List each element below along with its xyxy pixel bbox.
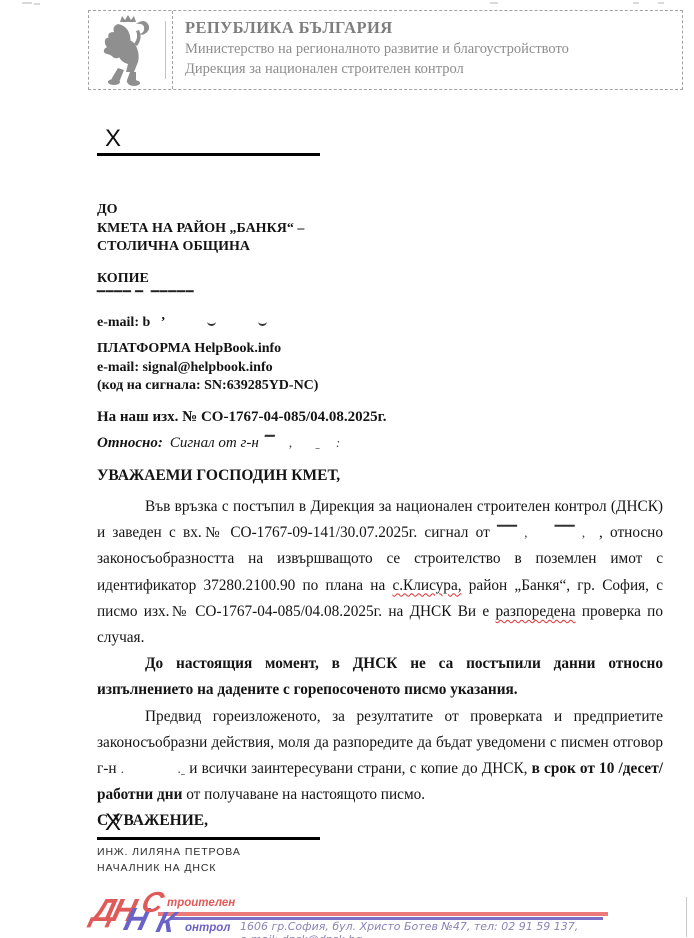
subject-text: Сигнал от г-н	[170, 435, 259, 451]
text-run: и всички заинтересувани страни, с копие …	[185, 760, 532, 777]
bulgarian-lion-icon	[95, 14, 157, 86]
scan-artifact	[633, 2, 639, 4]
copy-email-line: e-mail: b ’	[97, 314, 267, 333]
scan-artifact	[490, 2, 498, 4]
recipient-line: СТОЛИЧНА ОБЩИНА	[97, 238, 304, 257]
redacted-email-mark	[258, 319, 267, 326]
signature-field-top[interactable]: X	[97, 126, 320, 156]
copy-block: КОПИЕ ▔▔▔▔ ▔ ▔▔▔▔▔ e-mail: b ’	[97, 270, 267, 333]
logo-word-kontrol: онтрол	[185, 923, 230, 935]
salutation: УВАЖАЕМИ ГОСПОДИН КМЕТ,	[97, 467, 663, 485]
redacted-text: ▔▔ ‚ ▔▔ ‚	[497, 525, 599, 540]
text-run: e-mail: b	[97, 315, 150, 330]
misspelled-word: разпоредена	[495, 603, 575, 620]
platform-signal-code: (код на сигнала: SN:639285YD-NC)	[97, 377, 318, 396]
text-run: от получаване на настоящото писмо.	[182, 786, 425, 803]
signature-x-mark: X	[97, 126, 121, 153]
letterhead-directorate: Дирекция за национален строителен контро…	[185, 61, 569, 78]
misspelled-word: с.Клисура,	[392, 577, 461, 594]
redacted-text: ▔ ‚ ˍ :	[259, 435, 341, 450]
recipient-line: КМЕТА НА РАЙОН „БАНКЯ“ –	[97, 220, 304, 239]
document-page: РЕПУБЛИКА БЪЛГАРИЯ Министерство на регио…	[0, 0, 694, 938]
body-paragraph-2: До настоящия момент, в ДНСК не са постъп…	[97, 651, 663, 703]
signer-title: НАЧАЛНИК НА ДНСК	[97, 862, 320, 874]
copy-label: КОПИЕ	[97, 270, 267, 289]
footer-address: 1606 гр.София, бул. Христо Ботев №47, те…	[240, 920, 580, 938]
subject-label: Относно:	[97, 435, 163, 451]
redacted-email-mark	[207, 319, 216, 326]
signer-name: ИНЖ. ЛИЛЯНА ПЕТРОВА	[97, 846, 320, 858]
coat-of-arms	[89, 11, 173, 89]
redacted-email-apostrophe: ’	[150, 315, 165, 330]
reference-line: На наш изх. № СО-1767-04-085/04.08.2025г…	[97, 409, 387, 426]
signature-block: X ИНЖ. ЛИЛЯНА ПЕТРОВА НАЧАЛНИК НА ДНСК	[97, 810, 320, 874]
signature-x-mark: X	[97, 810, 121, 837]
scan-artifact	[658, 2, 664, 4]
emblem-divider	[165, 21, 166, 79]
letter-body: УВАЖАЕМИ ГОСПОДИН КМЕТ, Във връзка с пос…	[97, 467, 663, 835]
letterhead-ministry: Министерство на регионалното развитие и …	[185, 41, 569, 58]
letterhead-country: РЕПУБЛИКА БЪЛГАРИЯ	[185, 18, 569, 38]
scan-artifact	[22, 2, 32, 4]
body-paragraph-1: Във връзка с постъпил в Дирекция за наци…	[97, 494, 663, 651]
body-paragraph-3: Предвид гореизложеното, за резултатите о…	[97, 704, 663, 809]
redacted-name-marks: ▔▔▔▔ ▔ ▔▔▔▔▔	[97, 289, 267, 308]
signature-field-bottom[interactable]: X	[97, 810, 320, 840]
platform-email: e-mail: signal@helpbook.info	[97, 359, 318, 378]
page-edge-line	[686, 897, 687, 937]
subject-line: Относно:Сигнал от г-н ▔ ‚ ˍ :	[97, 435, 340, 452]
platform-name: ПЛАТФОРМА HelpBook.info	[97, 340, 318, 359]
scan-artifact	[34, 3, 40, 5]
recipient-line: ДО	[97, 201, 304, 220]
redacted-text: . .ˍ	[121, 761, 185, 776]
footer-red-line	[158, 912, 608, 916]
recipient-block: ДО КМЕТА НА РАЙОН „БАНКЯ“ – СТОЛИЧНА ОБЩ…	[97, 201, 304, 257]
platform-block: ПЛАТФОРМА HelpBook.info e-mail: signal@h…	[97, 340, 318, 396]
letterhead: РЕПУБЛИКА БЪЛГАРИЯ Министерство на регио…	[88, 10, 683, 90]
